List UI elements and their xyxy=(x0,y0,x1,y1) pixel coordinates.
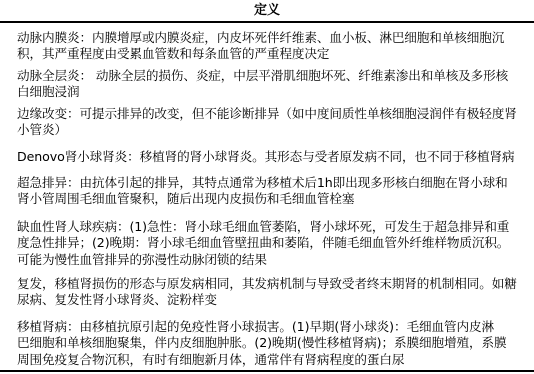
text-line: 边缘改变：可提示排异的改变，但不能诊断排异（如中度间质性单核细胞浸润伴有极轻度肾 xyxy=(17,106,529,122)
text-line: 超急排异：由抗体引起的排异，其特点通常为移植术后1h即出现多形核白细胞在肾小球和 xyxy=(17,175,529,191)
text-line: 白细胞浸润 xyxy=(17,84,529,100)
definition-arteritis-intimal: 动脉内膜炎：内膜增厚或内膜炎症，内皮坏死伴纤维素、血小板、淋巴细胞和单核细胞沉 … xyxy=(17,30,529,63)
text-line: 周围免疫复合物沉积，有时有细胞新月体，通常伴有肾病程度的蛋白尿 xyxy=(17,352,529,368)
definition-hyperacute-rejection: 超急排异：由抗体引起的排异，其特点通常为移植术后1h即出现多形核白细胞在肾小球和… xyxy=(17,175,529,208)
text-line: Denovo肾小球肾炎：移植肾的肾小球肾炎。其形态与受者原发病不同，也不同于移植… xyxy=(17,149,529,165)
text-line: 肾小管周围毛细血管聚积，随后出现内皮损伤和毛细血管栓塞 xyxy=(17,191,529,207)
text-line: 移植肾病：由移植抗原引起的免疫性肾小球损害。(1)早期(肾小球炎)：毛细血管内皮… xyxy=(17,319,529,335)
table-header-definition: 定义 xyxy=(0,3,534,19)
definition-recurrence: 复发，移植肾损伤的形态与原发病相同，其发病机制与导致受者终末期肾的机制相同。如糖… xyxy=(17,276,529,309)
header-rule xyxy=(0,21,534,23)
text-line: 巴细胞和单核细胞聚集，伴内皮细胞肿胀。(2)晚期(慢性移植肾病)；系膜细胞增殖，… xyxy=(17,335,529,351)
footer-rule xyxy=(0,370,534,372)
text-line: 动脉全层炎： 动脉全层的损伤、炎症，中层平滑肌细胞坏死、纤维素渗出和单核及多形核 xyxy=(17,68,529,84)
text-line: 尿病、复发性肾小球肾炎、淀粉样变 xyxy=(17,292,529,308)
text-line: 缺血性肾人球疾病：(1)急性：肾小球毛细血管萎陷，肾小球坏死，可发生于超急排异和… xyxy=(17,219,529,235)
text-line: 复发，移植肾损伤的形态与原发病相同，其发病机制与导致受者终末期肾的机制相同。如糖 xyxy=(17,276,529,292)
text-line: 小管炎） xyxy=(17,122,529,138)
definition-arteritis-transmural: 动脉全层炎： 动脉全层的损伤、炎症，中层平滑肌细胞坏死、纤维素渗出和单核及多形核… xyxy=(17,68,529,101)
definition-ischemic-glomerular-disease: 缺血性肾人球疾病：(1)急性：肾小球毛细血管萎陷，肾小球坏死，可发生于超急排异和… xyxy=(17,219,529,268)
definition-borderline-changes: 边缘改变：可提示排异的改变，但不能诊断排异（如中度间质性单核细胞浸润伴有极轻度肾… xyxy=(17,106,529,139)
text-line: 积，其严重程度由受累血管数和每条血管的严重程度决定 xyxy=(17,46,529,62)
definition-denovo-glomerulonephritis: Denovo肾小球肾炎：移植肾的肾小球肾炎。其形态与受者原发病不同，也不同于移植… xyxy=(17,149,529,165)
text-line: 可能为慢性血管排异的弥漫性动脉闭锁的结果 xyxy=(17,252,529,268)
text-line: 度急性排异；(2)晚期：肾小球毛细血管壁扭曲和萎陷，伴随毛细血管外纤维样物质沉积… xyxy=(17,235,529,251)
definition-transplant-glomerulopathy: 移植肾病：由移植抗原引起的免疫性肾小球损害。(1)早期(肾小球炎)：毛细血管内皮… xyxy=(17,319,529,368)
text-line: 动脉内膜炎：内膜增厚或内膜炎症，内皮坏死伴纤维素、血小板、淋巴细胞和单核细胞沉 xyxy=(17,30,529,46)
